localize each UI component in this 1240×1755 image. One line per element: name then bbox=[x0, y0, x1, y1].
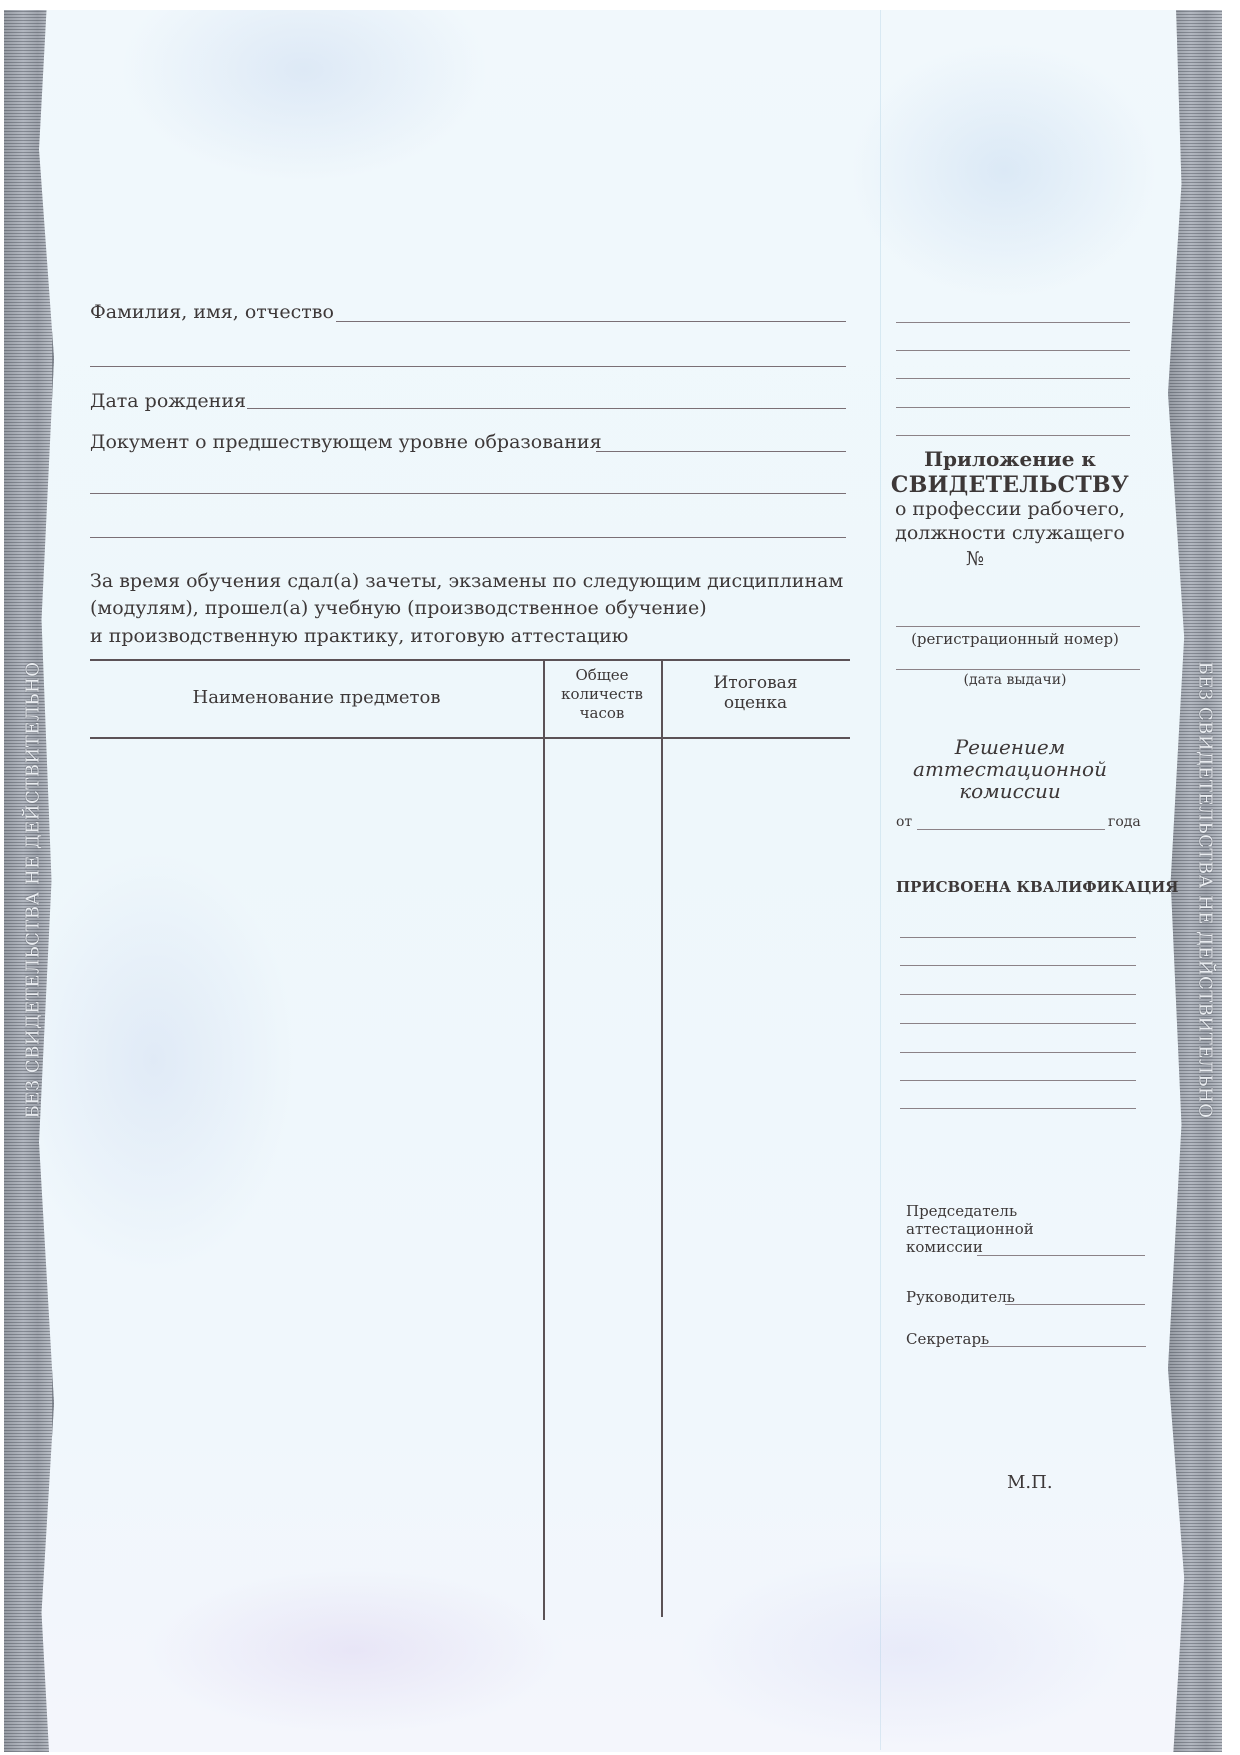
chairman-label-line-1: Председатель bbox=[906, 1204, 1017, 1219]
prior-education-field-line-3[interactable] bbox=[90, 537, 846, 538]
from-label: от bbox=[896, 815, 912, 829]
head-signature-line[interactable] bbox=[1005, 1304, 1145, 1305]
right-blank-line-1[interactable] bbox=[896, 322, 1130, 323]
right-blank-line-4[interactable] bbox=[896, 407, 1130, 408]
birth-date-label: Дата рождения bbox=[90, 392, 246, 411]
column-header-hours-line-3: часов bbox=[543, 706, 661, 721]
qualification-heading: ПРИСВОЕНА КВАЛИФИКАЦИЯ bbox=[896, 880, 1178, 895]
supplement-title-line-4: должности служащего bbox=[880, 524, 1140, 543]
table-column-divider-1 bbox=[543, 660, 545, 1620]
intro-text-line-1: За время обучения сдал(а) зачеты, экзаме… bbox=[90, 572, 843, 591]
chairman-label-line-3: комиссии bbox=[906, 1240, 983, 1255]
chairman-signature-line[interactable] bbox=[977, 1255, 1145, 1256]
right-blank-line-2[interactable] bbox=[896, 350, 1130, 351]
left-band-warning-text: БЕЗ СВИДЕТЕЛЬСТВА НЕ ДЕЙСТВИТЕЛЬНО bbox=[23, 662, 44, 1119]
column-header-grade-line-2: оценка bbox=[661, 695, 850, 712]
year-label: года bbox=[1108, 815, 1141, 829]
table-header-bottom-border bbox=[90, 737, 850, 739]
registration-number-caption: (регистрационный номер) bbox=[880, 632, 1150, 647]
column-header-hours-line-2: количеств bbox=[543, 687, 661, 702]
decision-line-2: аттестационной bbox=[880, 759, 1140, 779]
certificate-number-sign: № bbox=[880, 550, 1070, 569]
issue-date-caption: (дата выдачи) bbox=[880, 673, 1150, 687]
full-name-field-line-2[interactable] bbox=[90, 366, 846, 367]
right-blank-line-3[interactable] bbox=[896, 378, 1130, 379]
right-blank-line-5[interactable] bbox=[896, 435, 1130, 436]
qualification-line-4[interactable] bbox=[900, 1023, 1136, 1024]
stamp-place-label: М.П. bbox=[1007, 1474, 1053, 1492]
decision-line-3: комиссии bbox=[880, 781, 1140, 801]
intro-text-line-2: (модулям), прошел(а) учебную (производст… bbox=[90, 599, 707, 618]
registration-number-field-line[interactable] bbox=[896, 626, 1140, 627]
supplement-title-line-2: СВИДЕТЕЛЬСТВУ bbox=[880, 474, 1140, 496]
prior-education-field-line-2[interactable] bbox=[90, 493, 846, 494]
fold-line bbox=[880, 10, 881, 1750]
qualification-line-5[interactable] bbox=[900, 1052, 1136, 1053]
qualification-line-2[interactable] bbox=[900, 965, 1136, 966]
decision-date-field-line[interactable] bbox=[917, 829, 1105, 830]
prior-education-label: Документ о предшествующем уровне образов… bbox=[90, 433, 602, 452]
qualification-line-7[interactable] bbox=[900, 1108, 1136, 1109]
intro-text-line-3: и производственную практику, итоговую ат… bbox=[90, 627, 628, 646]
qualification-line-3[interactable] bbox=[900, 994, 1136, 995]
table-column-divider-2 bbox=[661, 660, 663, 1617]
prior-education-field-line-1[interactable] bbox=[596, 451, 846, 452]
secretary-label: Секретарь bbox=[906, 1332, 989, 1347]
issue-date-field-line[interactable] bbox=[896, 669, 1140, 670]
column-header-grade-line-1: Итоговая bbox=[661, 675, 850, 692]
full-name-label: Фамилия, имя, отчество bbox=[90, 303, 334, 322]
head-label: Руководитель bbox=[906, 1290, 1015, 1305]
table-top-border bbox=[90, 659, 850, 661]
right-band-warning-text: БЕЗ СВИДЕТЕЛЬСТВА НЕ ДЕЙСТВИТЕЛЬНО bbox=[1195, 662, 1216, 1119]
decision-line-1: Решением bbox=[880, 737, 1140, 757]
column-header-subject: Наименование предметов bbox=[90, 689, 543, 707]
qualification-line-6[interactable] bbox=[900, 1080, 1136, 1081]
supplement-title-line-1: Приложение к bbox=[880, 449, 1140, 469]
chairman-label-line-2: аттестационной bbox=[906, 1222, 1034, 1237]
column-header-hours-line-1: Общее bbox=[543, 668, 661, 683]
qualification-line-1[interactable] bbox=[900, 937, 1136, 938]
supplement-title-line-3: о профессии рабочего, bbox=[880, 500, 1140, 519]
full-name-field-line-1[interactable] bbox=[336, 321, 846, 322]
birth-date-field-line[interactable] bbox=[247, 408, 846, 409]
secretary-signature-line[interactable] bbox=[980, 1346, 1146, 1347]
